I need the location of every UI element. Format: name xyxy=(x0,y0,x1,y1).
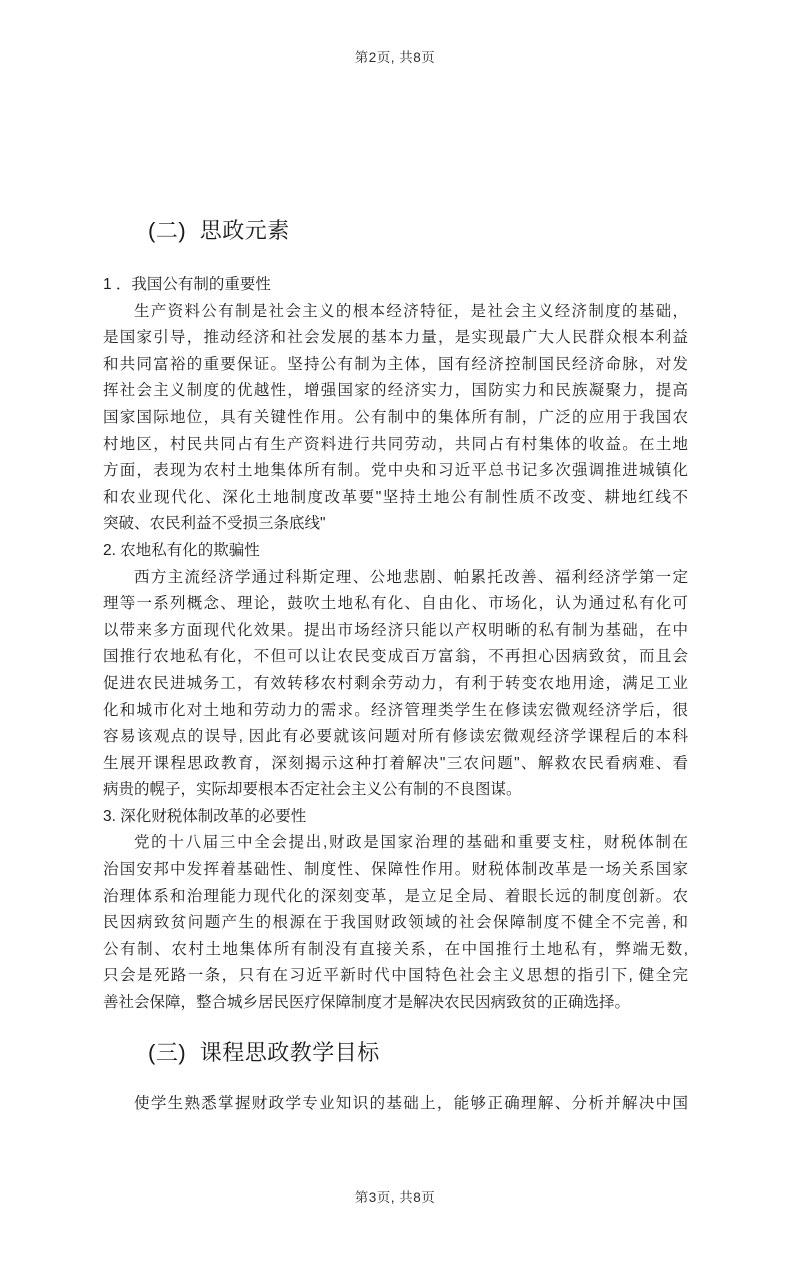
text-line: 和共同富裕的重要保证。坚持公有制为主体，国有经济控制国民经济命脉，对发 xyxy=(103,352,688,379)
text-line: 和农业现代化、深化土地制度改革要"坚持土地公有制性质不改变、耕地红线不 xyxy=(103,485,688,512)
text-line: 方面，表现为农村土地集体所有制。党中央和习近平总书记多次强调推进城镇化 xyxy=(103,458,688,485)
section-heading-2: (二) 思政元素 xyxy=(148,214,290,245)
text-line: 西方主流经济学通过科斯定理、公地悲剧、帕累托改善、福利经济学第一定 xyxy=(103,565,688,592)
text-line: 突破、农民利益不受损三条底线" xyxy=(103,511,688,538)
text-line: 以带来多方面现代化效果。提出市场经济只能以产权明晰的私有制为基础，在中 xyxy=(103,618,688,645)
text-line: 是国家引导，推动经济和社会发展的基本力量，是实现最广大人民群众根本利益 xyxy=(103,325,688,352)
text-line: 使学生熟悉掌握财政学专业知识的基础上，能够正确理解、分析并解决中国 xyxy=(103,1091,688,1118)
text-line: 挥社会主义制度的优越性，增强国家的经济实力，国防实力和民族凝聚力，提高 xyxy=(103,378,688,405)
page-number-header: 第2页, 共8页 xyxy=(0,46,790,66)
section-heading-3: (三) 课程思政教学目标 xyxy=(148,1036,380,1067)
section-3-body: 使学生熟悉掌握财政学专业知识的基础上，能够正确理解、分析并解决中国 xyxy=(103,1091,688,1118)
text-line: 善社会保障，整合城乡居民医疗保障制度才是解决农民因病致贫的正确选择。 xyxy=(103,990,688,1017)
text-line: 化和城市化对土地和劳动力的需求。经济管理类学生在修读宏微观经济学后，很 xyxy=(103,698,688,725)
text-line: 理等一系列概念、理论，鼓吹土地私有化、自由化、市场化，认为通过私有化可 xyxy=(103,591,688,618)
page-number-footer: 第3页, 共8页 xyxy=(0,1186,790,1206)
text-line: 3. 深化财税体制改革的必要性 xyxy=(103,804,688,831)
text-line: 促进农民进城务工，有效转移农村剩余劳动力，有利于转变农地用途，满足工业 xyxy=(103,671,688,698)
text-line: 生产资料公有制是社会主义的根本经济特征，是社会主义经济制度的基础， xyxy=(103,299,688,326)
text-line: 民因病致贫问题产生的根源在于我国财政领域的社会保障制度不健全不完善, 和 xyxy=(103,910,688,937)
section-2-body: 1 ．我国公有制的重要性生产资料公有制是社会主义的根本经济特征，是社会主义经济制… xyxy=(103,272,688,1017)
document-page: 第2页, 共8页 (二) 思政元素 1 ．我国公有制的重要性生产资料公有制是社会… xyxy=(0,0,790,1269)
text-line: 公有制、农村土地集体所有制没有直接关系，在中国推行土地私有，弊端无数, xyxy=(103,937,688,964)
text-line: 病贵的幌子，实际却要根本否定社会主义公有制的不良图谋。 xyxy=(103,777,688,804)
text-line: 1 ．我国公有制的重要性 xyxy=(103,272,688,299)
text-line: 治理体系和治理能力现代化的深刻变革，是立足全局、着眼长远的制度创新。农 xyxy=(103,884,688,911)
text-line: 生展开课程思政教育，深刻揭示这种打着解决"三农问题"、解救农民看病难、看 xyxy=(103,751,688,778)
text-line: 2. 农地私有化的欺骗性 xyxy=(103,538,688,565)
text-line: 国家国际地位，具有关键性作用。公有制中的集体所有制，广泛的应用于我国农 xyxy=(103,405,688,432)
text-line: 国推行农地私有化，不但可以让农民变成百万富翁，不再担心因病致贫，而且会 xyxy=(103,644,688,671)
text-line: 只会是死路一条，只有在习近平新时代中国特色社会主义思想的指引下, 健全完 xyxy=(103,963,688,990)
text-line: 治国安邦中发挥着基础性、制度性、保障性作用。财税体制改革是一场关系国家 xyxy=(103,857,688,884)
text-line: 党的十八届三中全会提出,财政是国家治理的基础和重要支柱，财税体制在 xyxy=(103,830,688,857)
text-line: 村地区，村民共同占有生产资料进行共同劳动，共同占有村集体的收益。在土地 xyxy=(103,432,688,459)
text-line: 容易该观点的误导, 因此有必要就该问题对所有修读宏微观经济学课程后的本科 xyxy=(103,724,688,751)
